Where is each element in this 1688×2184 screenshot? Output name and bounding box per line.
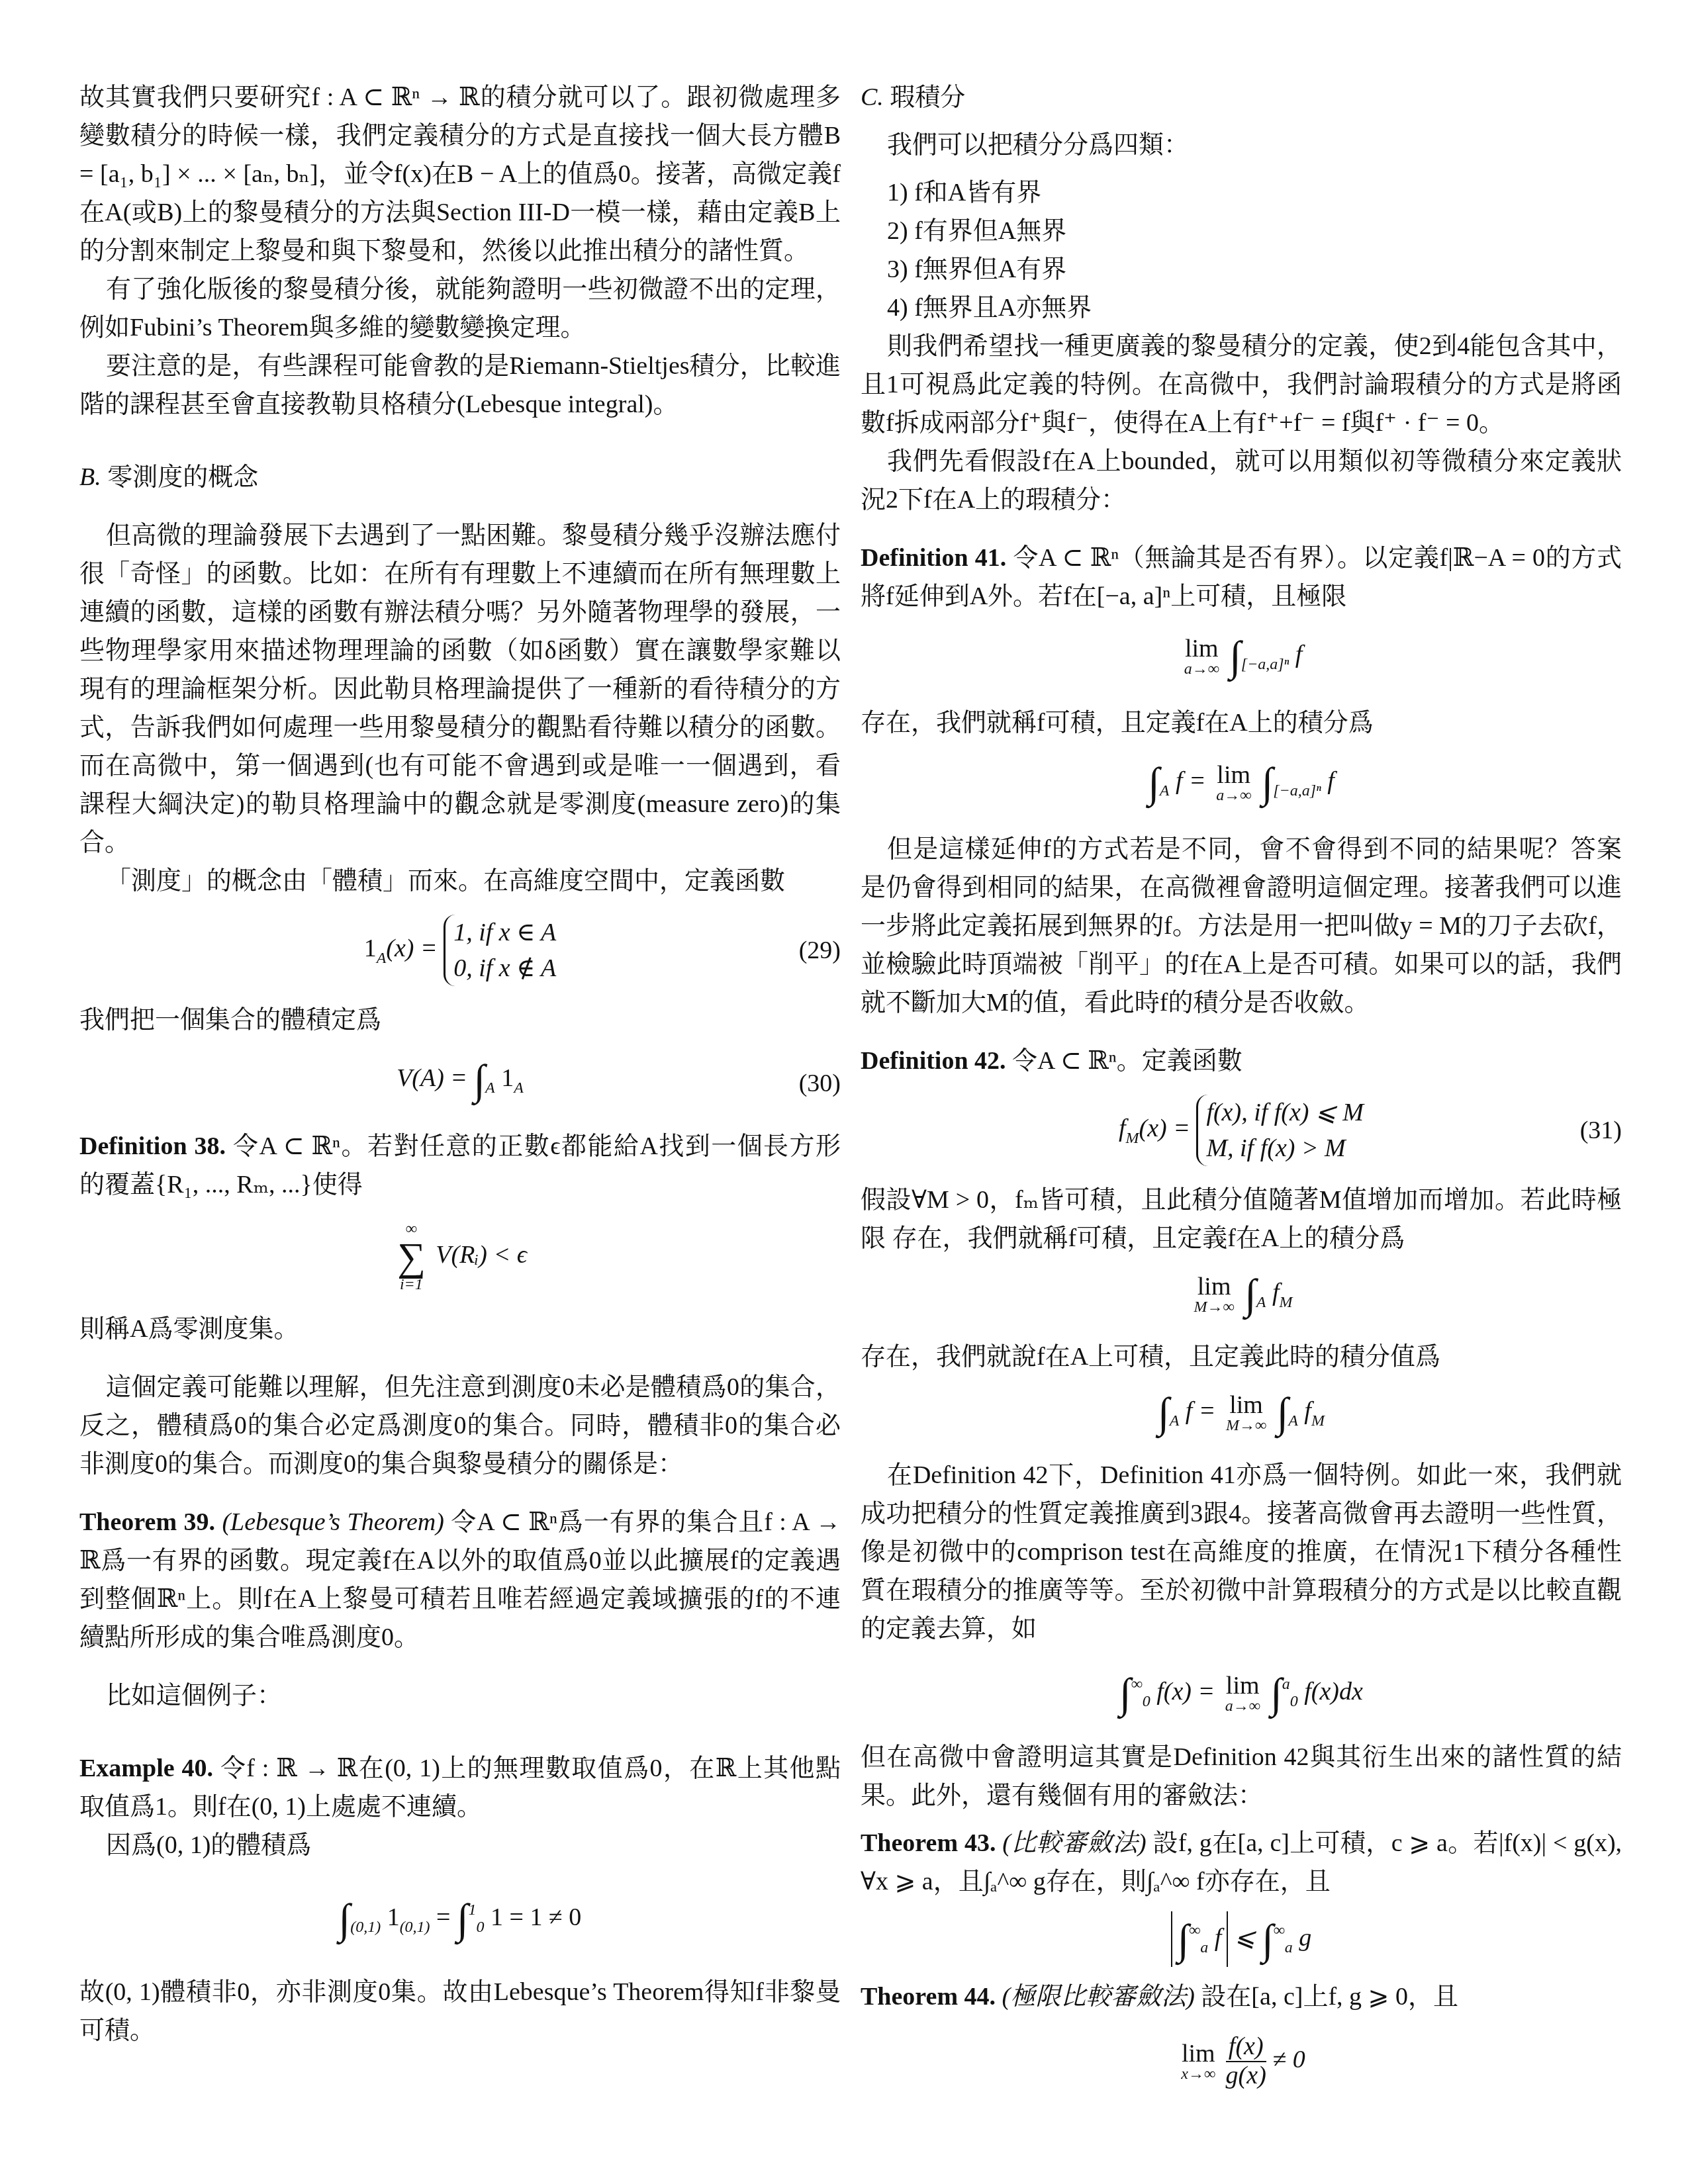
equation-improper-integral: ∫∞0 f(x) = lima→∞ ∫a0 f(x)dx — [861, 1665, 1622, 1721]
intro-paragraph-1: 故其實我們只要研究f : A ⊂ ℝⁿ → ℝ的積分就可以了。跟初微處理多變數積… — [79, 78, 841, 270]
equation-def42-integral: ∫A f = limM→∞ ∫A fM — [861, 1392, 1622, 1440]
definition-38-conclusion: 則稱A爲零測度集。 — [79, 1310, 841, 1348]
example-intro: 比如這個例子： — [79, 1676, 841, 1715]
equation-29: 1A(x) = 1, if x ∈ A 0, if x ∉ A (29) — [79, 915, 841, 986]
equation-number-29: (29) — [799, 931, 841, 970]
right-column: C. 瑕積分 我們可以把積分分爲四類： 1) f和A皆有界 2) f有界但A無界… — [861, 78, 1622, 2107]
equation-number-30: (30) — [799, 1064, 841, 1103]
equation-limit-comparison: limx→∞ f(x) g(x) ≠ 0 — [861, 2033, 1622, 2090]
example-40-label: Example 40. — [79, 1754, 213, 1782]
intro-paragraph-3: 要注意的是，有些課程可能會教的是Riemann-Stieltjes積分，比較進階… — [79, 347, 841, 424]
theorem-39: Theorem 39. (Lebesque’s Theorem) 令A ⊂ ℝⁿ… — [79, 1503, 841, 1657]
equation-def42-limit: limM→∞ ∫A fM — [861, 1273, 1622, 1322]
list-item: 4) f無界且A亦無界 — [887, 289, 1622, 327]
list-item: 2) f有界但A無界 — [887, 212, 1622, 250]
intro-paragraph-2: 有了強化版後的黎曼積分後，就能夠證明一些初微證不出的定理，例如Fubini’s … — [79, 270, 841, 347]
theorem-43-label: Theorem 43. — [861, 1829, 996, 1857]
equation-example-40: ∫(0,1) 1(0,1) = ∫10 1 = 1 ≠ 0 — [79, 1891, 841, 1946]
section-b-paragraph-2: 「測度」的概念由「體積」而來。在高維度空間中，定義函數 — [79, 862, 841, 900]
cases-brace: 1, if x ∈ A 0, if x ∉ A — [444, 915, 556, 986]
section-c-paragraph-1: 則我們希望找一種更廣義的黎曼積分的定義，使2到4能包含其中，且1可視爲此定義的特… — [861, 327, 1622, 442]
left-column: 故其實我們只要研究f : A ⊂ ℝⁿ → ℝ的積分就可以了。跟初微處理多變數積… — [79, 78, 841, 2050]
theorem-39-name: (Lebesque’s Theorem) — [222, 1508, 444, 1536]
theorem-43: Theorem 43. (比較審斂法) 設f, g在[a, c]上可積，c ⩾ … — [861, 1824, 1622, 1901]
definition-38-label: Definition 38. — [79, 1132, 226, 1160]
equation-30: V(A) = ∫A 1A (30) — [79, 1059, 841, 1107]
equation-31: fM(x) = f(x), if f(x) ⩽ M M, if f(x) > M… — [861, 1095, 1622, 1166]
section-c-title: 瑕積分 — [890, 83, 965, 111]
section-c-intro: 我們可以把積分分爲四類： — [861, 126, 1622, 164]
theorem-43-name: (比較審斂法) — [1002, 1829, 1146, 1857]
equation-def41-limit: lima→∞ ∫[−a,a]ⁿ f — [861, 635, 1622, 684]
section-b-heading: B. 零測度的概念 — [79, 458, 841, 496]
definition-41: Definition 41. 令A ⊂ ℝⁿ（無論其是否有界）。以定義f|ℝ−A… — [861, 539, 1622, 615]
section-c-heading: C. 瑕積分 — [861, 78, 1622, 116]
integral-cases-list: 1) f和A皆有界 2) f有界但A無界 3) f無界但A有界 4) f無界且A… — [887, 173, 1622, 327]
example-40-conclusion: 故(0, 1)體積非0，亦非測度0集。故由Lebesque’s Theorem得… — [79, 1973, 841, 2050]
section-b-letter: B. — [79, 463, 101, 491]
after-improper-integral: 但在高微中會證明這其實是Definition 42與其衍生出來的諸性質的結果。此… — [861, 1738, 1622, 1815]
section-b-title: 零測度的概念 — [107, 463, 258, 491]
definition-42-followup: 假設∀M > 0，fₘ皆可積，且此積分值隨著M值增加而增加。若此時極限 存在，我… — [861, 1181, 1622, 1257]
measure-zero-explanation: 這個定義可能難以理解，但先注意到測度0未必是體積爲0的集合，反之，體積爲0的集合… — [79, 1368, 841, 1483]
after-definition-42: 在Definition 42下，Definition 41亦爲一個特例。如此一來… — [861, 1456, 1622, 1648]
equation-comparison: ∫∞a f ⩽ ∫∞a g — [861, 1911, 1622, 1967]
equation-def41-integral: ∫A f = lima→∞ ∫[−a,a]ⁿ f — [861, 762, 1622, 810]
section-b-paragraph-1: 但高微的理論發展下去遇到了一點困難。黎曼積分幾乎沒辦法應付很「奇怪」的函數。比如… — [79, 516, 841, 862]
definition-41-followup: 存在，我們就稱f可積，且定義f在A上的積分爲 — [861, 704, 1622, 742]
definition-42-label: Definition 42. — [861, 1047, 1006, 1075]
equation-sum: ∞ ∑ i=1 V(Rᵢ) < ϵ — [79, 1221, 841, 1293]
volume-intro: 我們把一個集合的體積定爲 — [79, 1001, 841, 1039]
definition-41-label: Definition 41. — [861, 544, 1006, 572]
example-40-followup: 因爲(0, 1)的體積爲 — [79, 1826, 841, 1864]
section-c-paragraph-2: 我們先看假設f在A上bounded，就可以用類似初等微積分來定義狀況2下f在A上… — [861, 442, 1622, 519]
theorem-44-label: Theorem 44. — [861, 1983, 996, 2011]
list-item: 1) f和A皆有界 — [887, 173, 1622, 212]
theorem-39-label: Theorem 39. — [79, 1508, 215, 1536]
cases-brace: f(x), if f(x) ⩽ M M, if f(x) > M — [1196, 1095, 1364, 1166]
list-item: 3) f無界但A有界 — [887, 250, 1622, 289]
definition-42-followup-2: 存在，我們就說f在A上可積，且定義此時的積分值爲 — [861, 1338, 1622, 1376]
definition-38: Definition 38. 令A ⊂ ℝⁿ。若對任意的正數ϵ都能給A找到一個長… — [79, 1127, 841, 1204]
equation-number-31: (31) — [1580, 1111, 1622, 1150]
theorem-44: Theorem 44. (極限比較審斂法) 設在[a, c]上f, g ⩾ 0，… — [861, 1978, 1622, 2016]
after-definition-41: 但是這樣延伸f的方式若是不同，會不會得到不同的結果呢？答案是仍會得到相同的結果，… — [861, 830, 1622, 1022]
example-40: Example 40. 令f : ℝ → ℝ在(0, 1)上的無理數取值爲0，在… — [79, 1749, 841, 1826]
section-c-letter: C. — [861, 83, 884, 111]
theorem-44-name: (極限比較審斂法) — [1002, 1983, 1195, 2011]
definition-42: Definition 42. 令A ⊂ ℝⁿ。定義函數 — [861, 1042, 1622, 1080]
